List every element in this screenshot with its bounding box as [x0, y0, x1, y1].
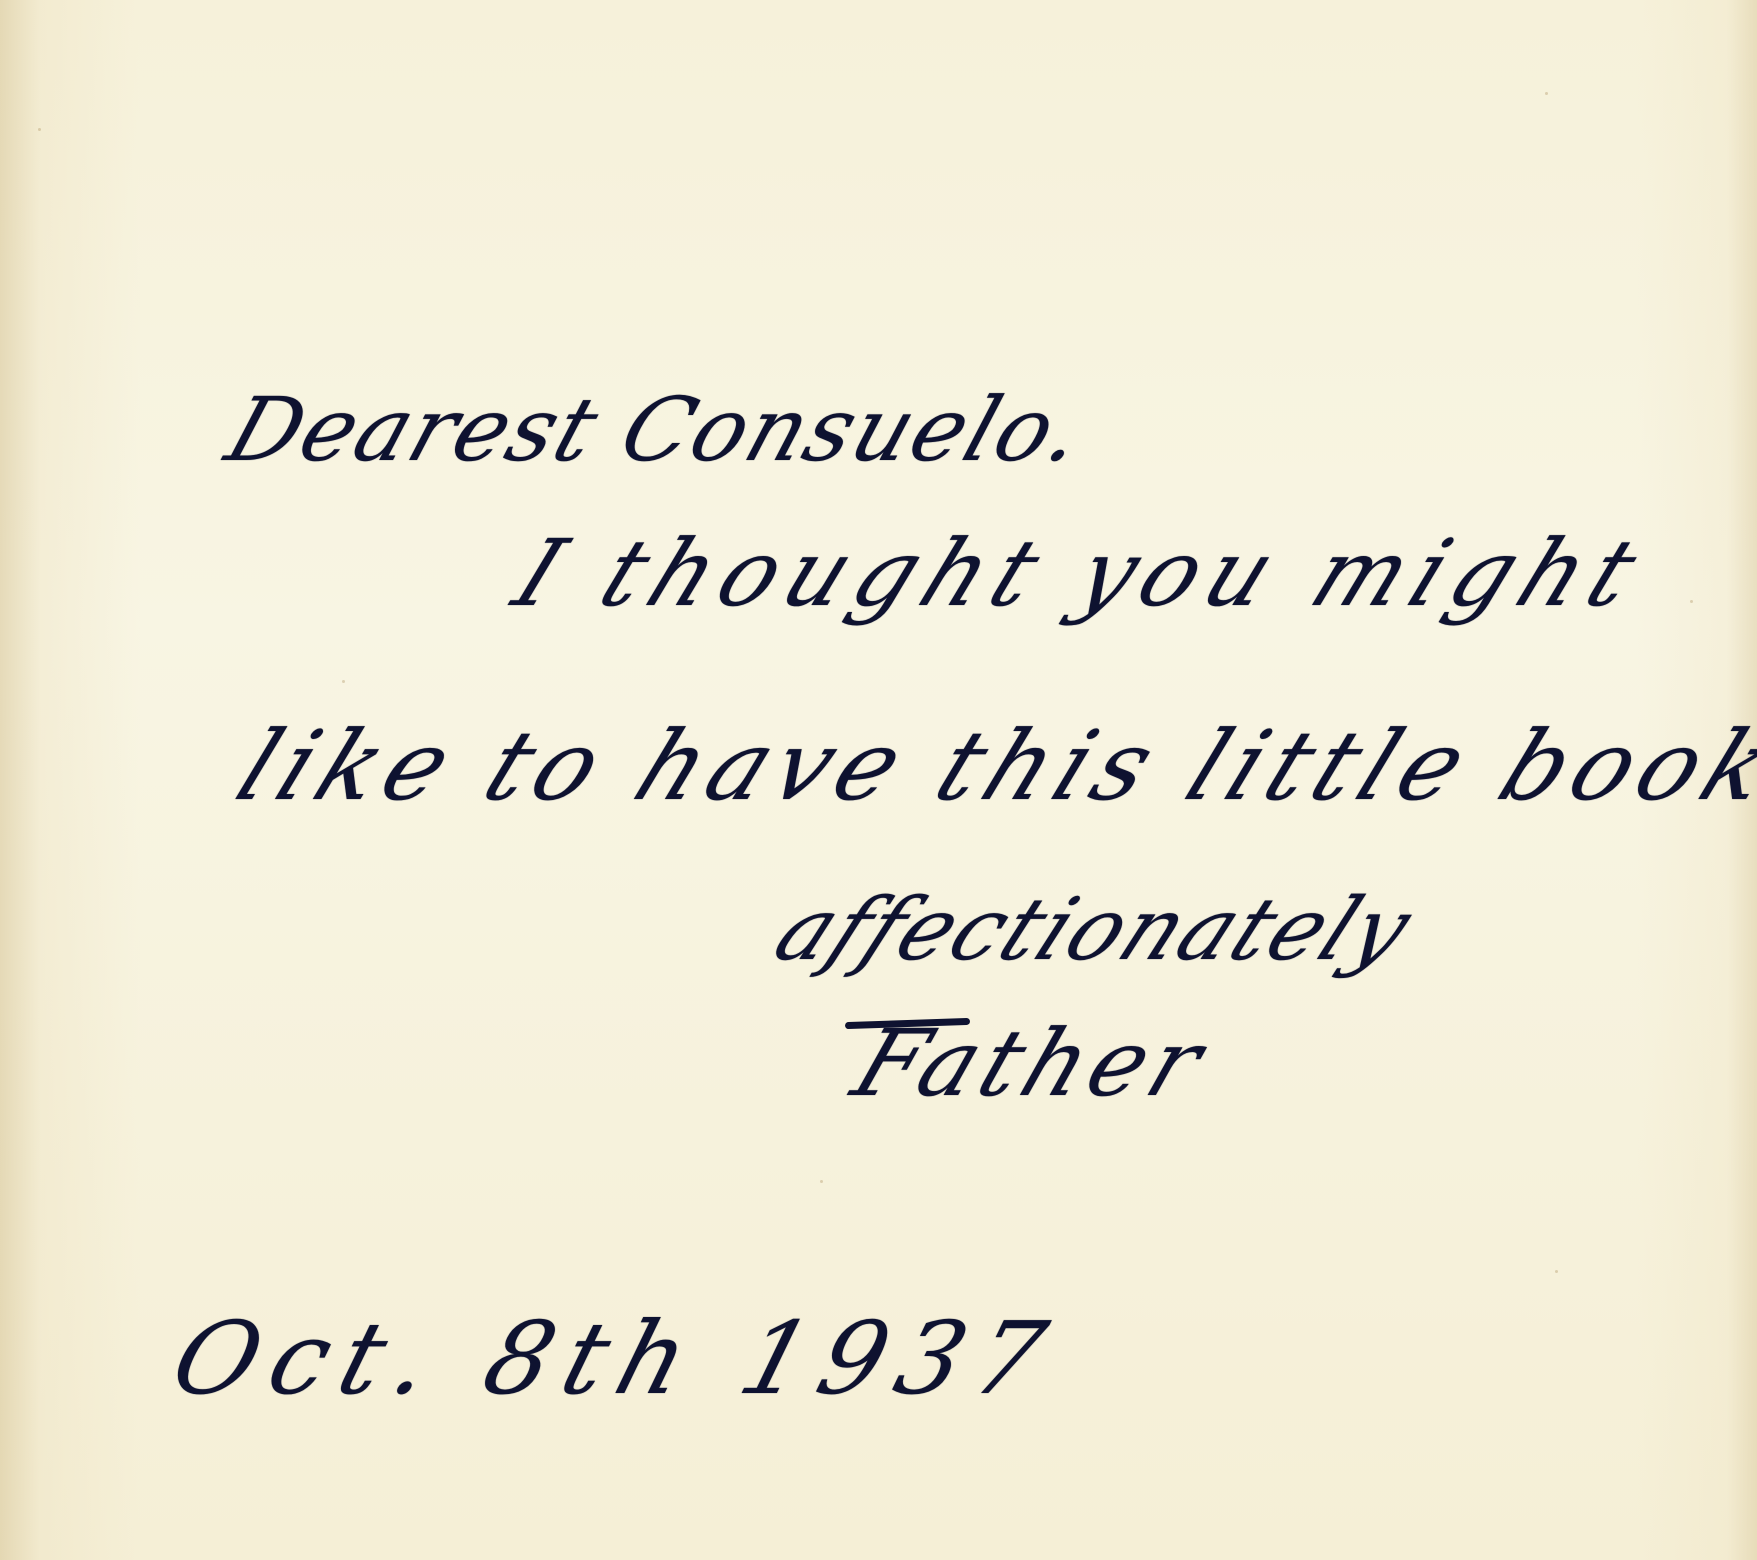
paper-speck	[820, 1180, 823, 1183]
paper-speck	[1690, 600, 1693, 603]
signature: Father	[840, 1010, 1222, 1117]
paper-speck	[1555, 1270, 1558, 1273]
body-line-2: like to have this little book	[222, 710, 1757, 822]
paper-speck	[342, 680, 345, 683]
paper-speck	[1545, 92, 1548, 95]
body-line-1: I thought you might	[500, 520, 1662, 627]
closing-line: affectionately	[760, 880, 1429, 980]
date-line: Oct. 8th 1937	[160, 1300, 1072, 1417]
paper-speck	[38, 128, 41, 131]
greeting-line: Dearest Consuelo.	[215, 378, 1099, 481]
